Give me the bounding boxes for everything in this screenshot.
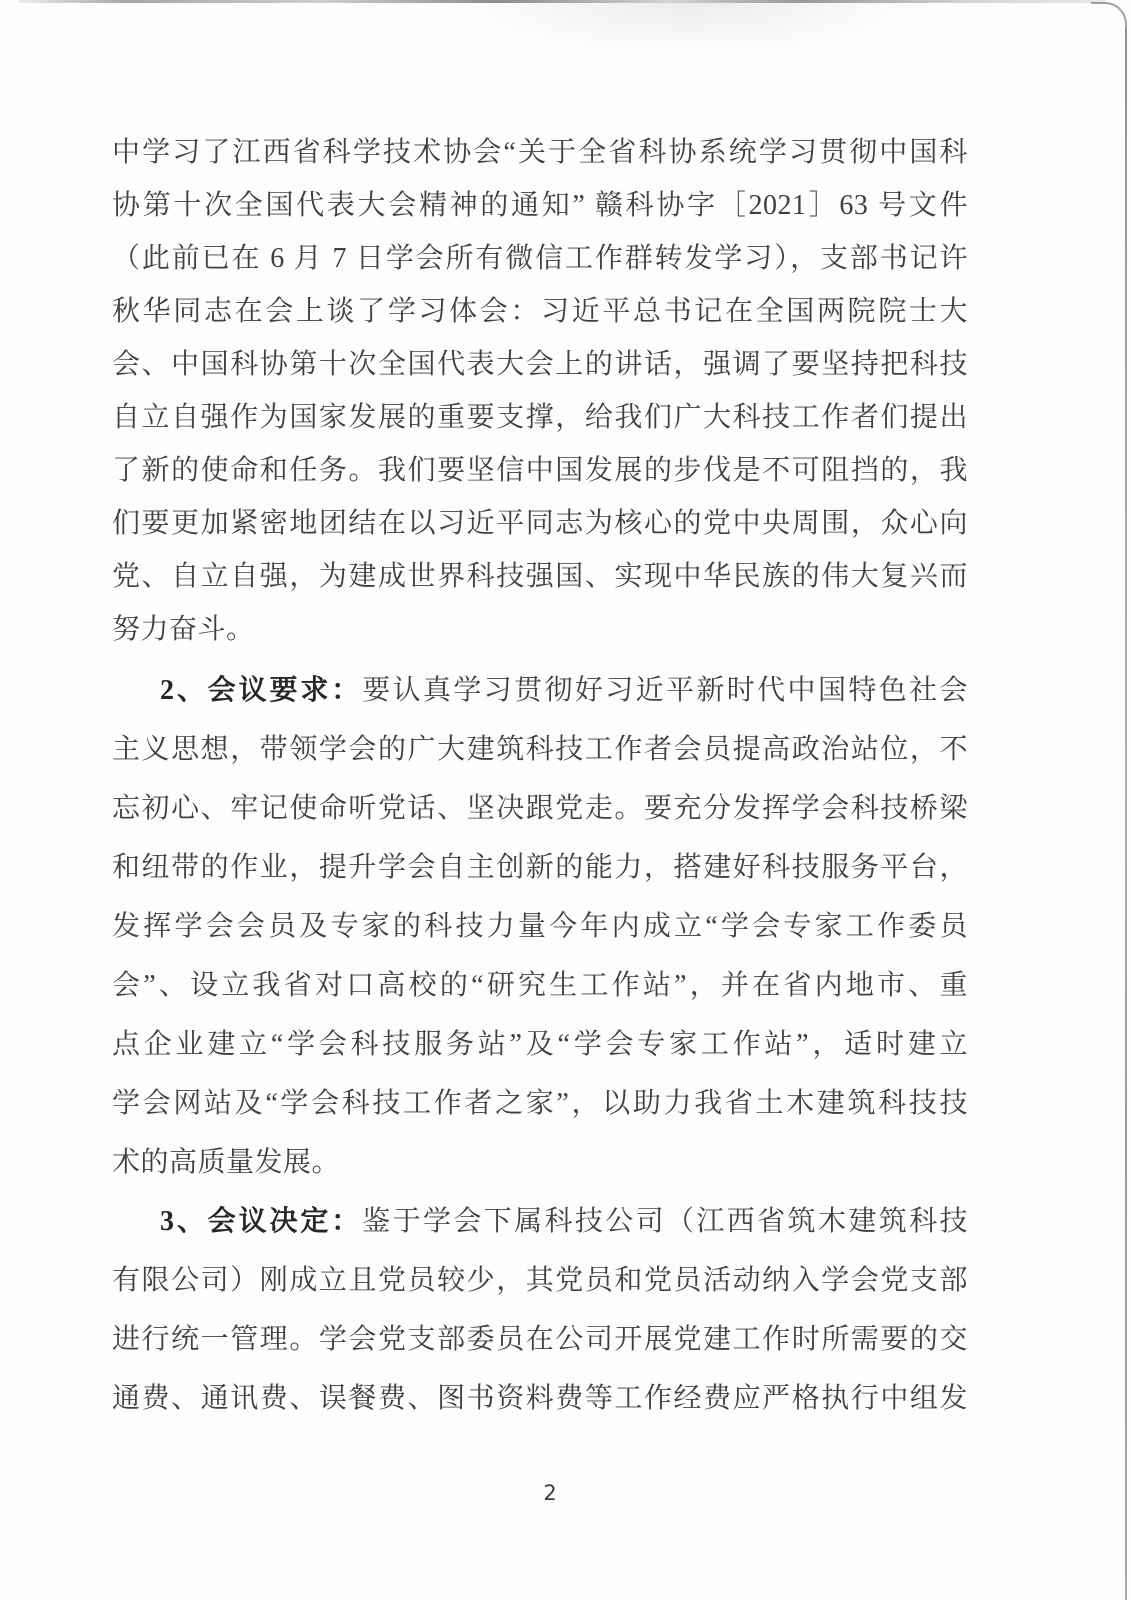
para-meeting-decision: 3、会议决定：鉴于学会下属科技公司（江西省筑木建筑科技有限公司）刚成立且党员较少… [112,1192,968,1428]
text-line: 了新的使命和任务。我们要坚信中国发展的步伐是不可阻挡的，我 [112,444,968,497]
text-line: （此前已在 6 月 7 日学会所有微信工作群转发学习），支部书记许 [112,232,968,285]
document-body: 中学习了江西省科学技术协会“关于全省科协系统学习贯彻中国科协第十次全国代表大会精… [112,0,968,1428]
text-line: 2、会议要求：要认真学习贯彻好习近平新时代中国特色社会 [112,661,968,720]
text-line: 忘初心、牢记使命听党话、坚决跟党走。要充分发挥学会科技桥梁 [112,779,968,838]
scan-top-right-corner-curve [1091,2,1127,38]
text-line: 有限公司）刚成立且党员较少，其党员和党员活动纳入学会党支部 [112,1251,968,1310]
text-line: 主义思想，带领学会的广大建筑科技工作者会员提高政治站位，不 [112,720,968,779]
text-line: 术的高质量发展。 [112,1133,968,1192]
para-continuation: 中学习了江西省科学技术协会“关于全省科协系统学习贯彻中国科协第十次全国代表大会精… [112,126,968,656]
bold-heading-prefix: 2、会议要求： [160,675,362,706]
text-line: 党、自立自强，为建成世界科技强国、实现中华民族的伟大复兴而 [112,550,968,603]
text-line: 和纽带的作业，提升学会自主创新的能力，搭建好科技服务平台， [112,838,968,897]
text-line: 通费、通讯费、误餐费、图书资料费等工作经费应严格执行中组发 [112,1369,968,1428]
text-line: 发挥学会会员及专家的科技力量今年内成立“学会专家工作委员 [112,897,968,956]
scan-right-edge-line [1125,28,1127,1600]
scanned-document-page: { "page": { "number": "2", "background_c… [0,0,1131,1600]
text-line: 秋华同志在会上谈了学习体会：习近平总书记在全国两院院士大 [112,285,968,338]
text-line: 自立自强作为国家发展的重要支撑，给我们广大科技工作者们提出 [112,391,968,444]
page-number: 2 [0,1481,1100,1505]
bold-heading-prefix: 3、会议决定： [160,1206,362,1237]
text-line: 中学习了江西省科学技术协会“关于全省科协系统学习贯彻中国科 [112,126,968,179]
text-line: 点企业建立“学会科技服务站”及“学会专家工作站”，适时建立 [112,1015,968,1074]
text-line: 努力奋斗。 [112,603,968,656]
text-line: 会、中国科协第十次全国代表大会上的讲话，强调了要坚持把科技 [112,338,968,391]
text-line: 进行统一管理。学会党支部委员在公司开展党建工作时所需要的交 [112,1310,968,1369]
text-line: 学会网站及“学会科技工作者之家”，以助力我省土木建筑科技技 [112,1074,968,1133]
text-line: 3、会议决定：鉴于学会下属科技公司（江西省筑木建筑科技 [112,1192,968,1251]
para-meeting-requirements: 2、会议要求：要认真学习贯彻好习近平新时代中国特色社会主义思想，带领学会的广大建… [112,661,968,1192]
text-line: 协第十次全国代表大会精神的通知” 赣科协字［2021］63 号文件 [112,179,968,232]
text-line: 们要更加紧密地团结在以习近平同志为核心的党中央周围，众心向 [112,497,968,550]
text-line: 会”、设立我省对口高校的“研究生工作站”，并在省内地市、重 [112,956,968,1015]
